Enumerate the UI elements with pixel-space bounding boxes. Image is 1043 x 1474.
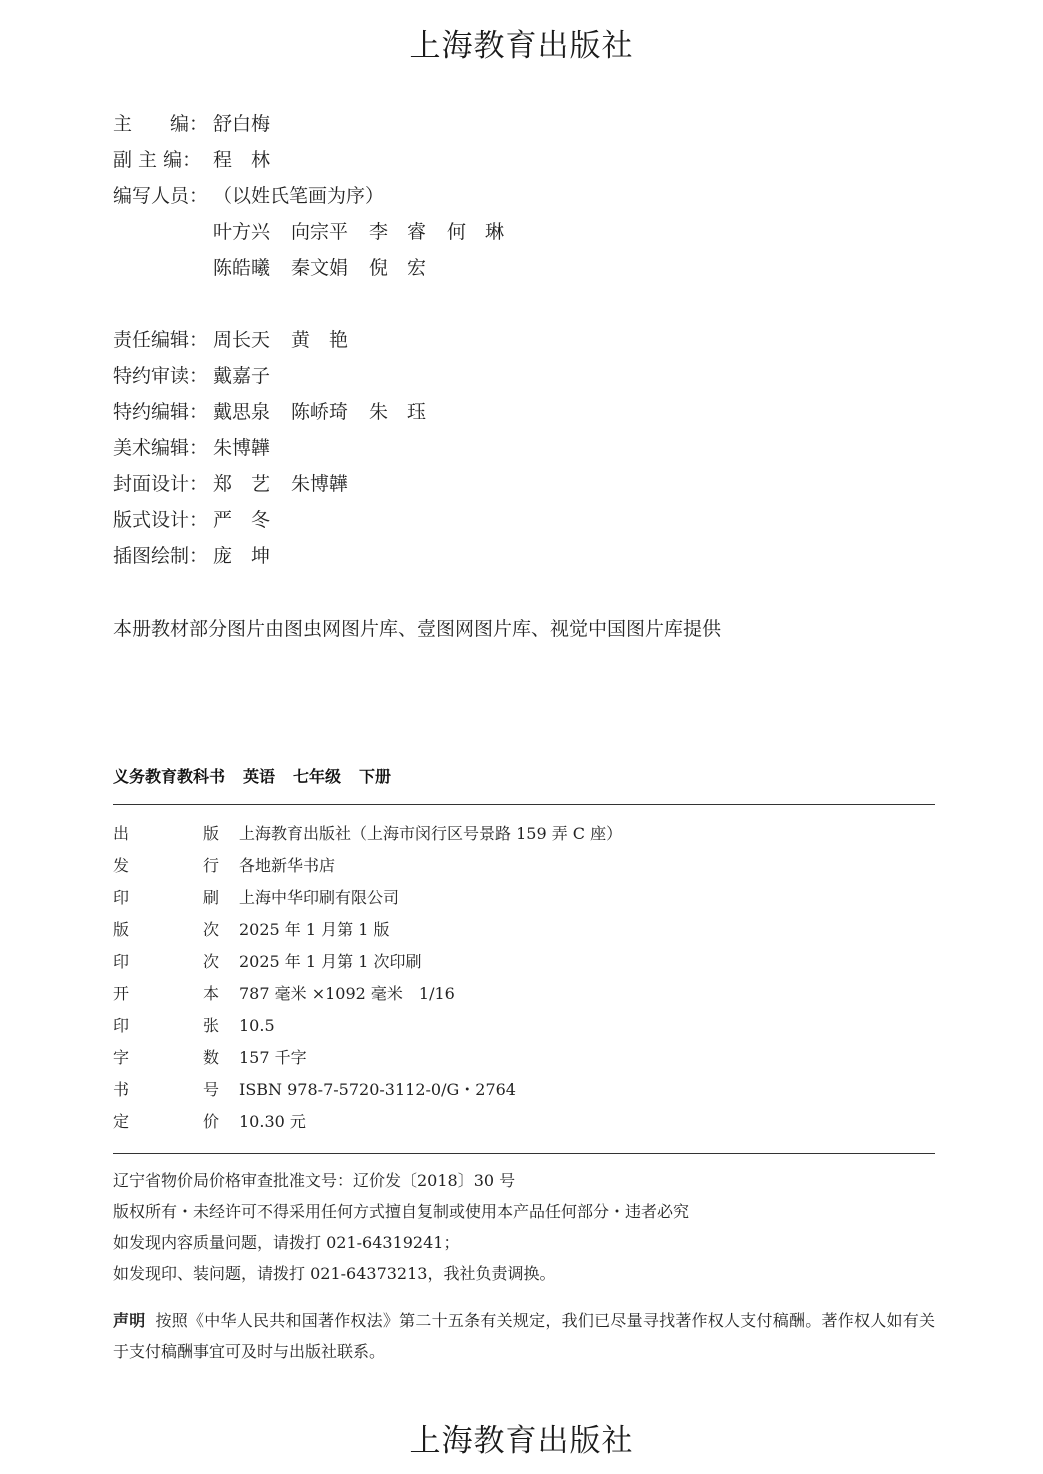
imprint-key: 张 [203, 1012, 239, 1044]
credit-name: 庞 坤 [213, 542, 270, 578]
credit-name: 向宗平 [291, 218, 348, 254]
credit-name: 朱博韡 [213, 434, 270, 470]
book-series: 义务教育教科书 [113, 764, 225, 787]
credit-name: 叶方兴 [213, 218, 270, 254]
credit-label: 特约编辑： [113, 398, 213, 434]
credit-writers: 编写人员： （以姓氏笔画为序） [113, 182, 525, 218]
imprint-row: 书号ISBN 978-7-5720-3112-0/G・2764 [113, 1076, 622, 1108]
imprint-key: 印 [113, 948, 203, 980]
credit-label: 主 编： [113, 110, 213, 146]
credit-deputy-editor: 副 主 编： 程 林 [113, 146, 525, 182]
credit-label: 美术编辑： [113, 434, 213, 470]
credit-illustration: 插图绘制： 庞 坤 [113, 542, 525, 578]
credit-writers-row1: 叶方兴 向宗平 李 睿 何 琳 [113, 218, 525, 254]
credit-label: 副 主 编： [113, 146, 213, 182]
book-grade: 七年级 [293, 764, 341, 787]
credit-label: 责任编辑： [113, 326, 213, 362]
imprint-key: 行 [203, 852, 239, 884]
divider [113, 804, 935, 805]
imprint-value: 各地新华书店 [239, 852, 335, 884]
credit-name: 倪 宏 [369, 254, 426, 290]
credit-writers-row2: 陈皓曦 秦文娟 倪 宏 [113, 254, 525, 290]
imprint-value: 10.30 元 [239, 1108, 306, 1140]
copyright-notice: 版权所有・未经许可不得采用任何方式擅自复制或使用本产品任何部分・违者必究 [113, 1198, 689, 1229]
credit-name: 戴思泉 [213, 398, 270, 434]
imprint-row: 印刷上海中华印刷有限公司 [113, 884, 622, 916]
statement: 声明按照《中华人民共和国著作权法》第二十五条有关规定，我们已尽量寻找著作权人支付… [113, 1305, 935, 1367]
credit-name: 黄 艳 [291, 326, 348, 362]
imprint-key: 版 [113, 916, 203, 948]
book-volume: 下册 [359, 764, 391, 787]
price-approval-notice: 辽宁省物价局价格审查批准文号：辽价发〔2018〕30 号 [113, 1167, 689, 1198]
imprint-key: 数 [203, 1044, 239, 1076]
credit-cover-design: 封面设计： 郑 艺 朱博韡 [113, 470, 525, 506]
credits-section: 主 编： 舒白梅 副 主 编： 程 林 编写人员： （以姓氏笔画为序） 叶方兴 … [113, 110, 525, 578]
credit-label: 编写人员： [113, 182, 213, 218]
imprint-key: 刷 [203, 884, 239, 916]
imprint-key: 次 [203, 948, 239, 980]
imprint-key: 本 [203, 980, 239, 1012]
credit-label: 封面设计： [113, 470, 213, 506]
credit-name: 陈峤琦 [291, 398, 348, 434]
imprint-value: 10.5 [239, 1012, 275, 1044]
statement-text: 按照《中华人民共和国著作权法》第二十五条有关规定，我们已尽量寻找著作权人支付稿酬… [113, 1311, 935, 1361]
credit-name: 严 冬 [213, 506, 270, 542]
imprint-value: 上海教育出版社（上海市闵行区号景路 159 弄 C 座） [239, 820, 622, 852]
imprint-key: 印 [113, 1012, 203, 1044]
credit-label: 特约审读： [113, 362, 213, 398]
imprint-key: 定 [113, 1108, 203, 1140]
imprint-key: 发 [113, 852, 203, 884]
credit-name: 舒白梅 [213, 110, 270, 146]
imprint-row: 印张10.5 [113, 1012, 622, 1044]
credit-label: 版式设计： [113, 506, 213, 542]
imprint-key: 号 [203, 1076, 239, 1108]
credit-name: 何 琳 [447, 218, 504, 254]
credit-name: 朱博韡 [291, 470, 348, 506]
credit-layout-design: 版式设计： 严 冬 [113, 506, 525, 542]
notices: 辽宁省物价局价格审查批准文号：辽价发〔2018〕30 号 版权所有・未经许可不得… [113, 1167, 689, 1291]
credit-name: 秦文娟 [291, 254, 348, 290]
credit-name: 戴嘉子 [213, 362, 270, 398]
imprint-key: 版 [203, 820, 239, 852]
publisher-footer: 上海教育出版社 [0, 1415, 1043, 1460]
statement-label: 声明 [113, 1311, 146, 1330]
imprint-key: 开 [113, 980, 203, 1012]
imprint-value: 787 毫米 ×1092 毫米 1/16 [239, 980, 455, 1012]
imprint-value: 157 千字 [239, 1044, 307, 1076]
imprint-row: 字数157 千字 [113, 1044, 622, 1076]
imprint-value: 2025 年 1 月第 1 次印刷 [239, 948, 422, 980]
credit-name: 李 睿 [369, 218, 426, 254]
imprint-row: 开本787 毫米 ×1092 毫米 1/16 [113, 980, 622, 1012]
credit-name: 陈皓曦 [213, 254, 270, 290]
publisher-header: 上海教育出版社 [0, 20, 1043, 65]
imprint-table: 出版上海教育出版社（上海市闵行区号景路 159 弄 C 座） 发行各地新华书店 … [113, 820, 622, 1140]
credit-name: 周长天 [213, 326, 270, 362]
imprint-key: 印 [113, 884, 203, 916]
image-credit: 本册教材部分图片由图虫网图片库、壹图网图片库、视觉中国图片库提供 [113, 614, 721, 641]
imprint-value: 2025 年 1 月第 1 版 [239, 916, 390, 948]
book-title: 义务教育教科书 英语 七年级 下册 [113, 764, 409, 787]
imprint-key: 字 [113, 1044, 203, 1076]
imprint-row: 发行各地新华书店 [113, 852, 622, 884]
credit-art-editor: 美术编辑： 朱博韡 [113, 434, 525, 470]
credit-note: （以姓氏笔画为序） [213, 182, 384, 218]
imprint-value: ISBN 978-7-5720-3112-0/G・2764 [239, 1076, 516, 1108]
imprint-row: 印次2025 年 1 月第 1 次印刷 [113, 948, 622, 980]
imprint-row: 定价10.30 元 [113, 1108, 622, 1140]
credit-label: 插图绘制： [113, 542, 213, 578]
divider [113, 1153, 935, 1154]
book-subject: 英语 [243, 764, 275, 787]
credit-name: 郑 艺 [213, 470, 270, 506]
imprint-row: 出版上海教育出版社（上海市闵行区号景路 159 弄 C 座） [113, 820, 622, 852]
credit-name: 朱 珏 [369, 398, 426, 434]
imprint-value: 上海中华印刷有限公司 [239, 884, 399, 916]
credit-responsible-editor: 责任编辑： 周长天 黄 艳 [113, 326, 525, 362]
credit-special-editor: 特约编辑： 戴思泉 陈峤琦 朱 珏 [113, 398, 525, 434]
credit-name: 程 林 [213, 146, 270, 182]
quality-contact: 如发现内容质量问题，请拨打 021-64319241； [113, 1229, 689, 1260]
credit-special-reviewer: 特约审读： 戴嘉子 [113, 362, 525, 398]
imprint-row: 版次2025 年 1 月第 1 版 [113, 916, 622, 948]
imprint-key: 价 [203, 1108, 239, 1140]
imprint-key: 出 [113, 820, 203, 852]
imprint-key: 书 [113, 1076, 203, 1108]
binding-contact: 如发现印、装问题，请拨打 021-64373213，我社负责调换。 [113, 1260, 689, 1291]
credit-chief-editor: 主 编： 舒白梅 [113, 110, 525, 146]
imprint-key: 次 [203, 916, 239, 948]
